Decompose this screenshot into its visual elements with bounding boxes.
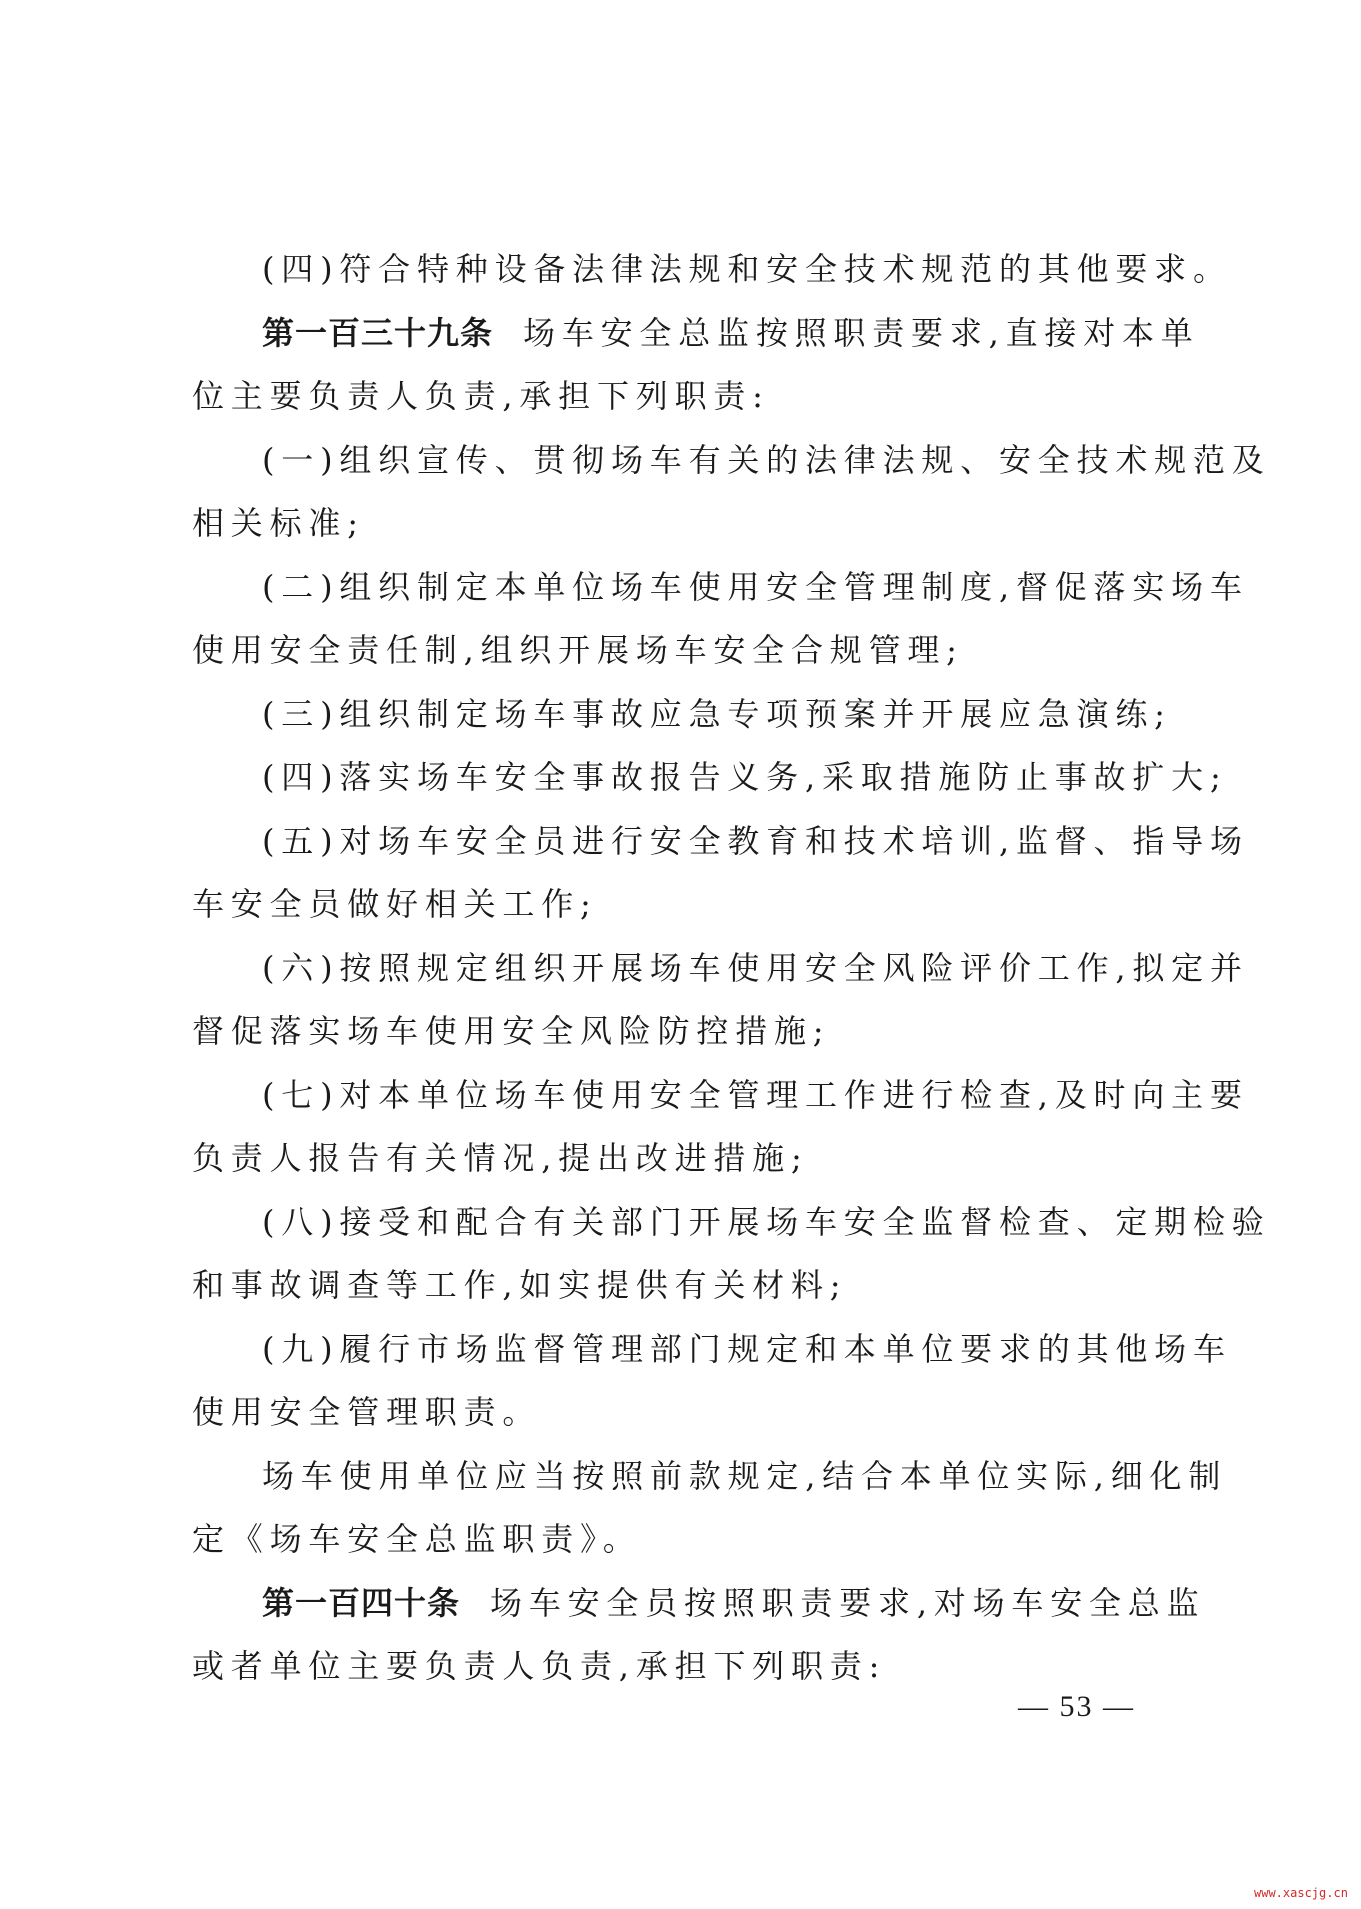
text-line: 车安全员做好相关工作;: [192, 873, 1172, 937]
text-line-item-9: (九)履行市场监督管理部门规定和本单位要求的其他场车: [192, 1318, 1172, 1382]
line-text: 场车使用单位应当按照前款规定,结合本单位实际,细化制: [262, 1457, 1227, 1495]
document-page: (四)符合特种设备法律法规和安全技术规范的其他要求。 第一百三十九条场车安全总监…: [0, 0, 1361, 1909]
line-text: (四)符合特种设备法律法规和安全技术规范的其他要求。: [262, 250, 1232, 288]
line-text: 使用安全管理职责。: [192, 1393, 541, 1431]
text-line: 负责人报告有关情况,提出改进措施;: [192, 1127, 1172, 1191]
line-text: 车安全员做好相关工作;: [192, 885, 598, 923]
text-line: 和事故调查等工作,如实提供有关材料;: [192, 1254, 1172, 1318]
line-text: (五)对场车安全员进行安全教育和技术培训,监督、指导场: [262, 822, 1249, 860]
text-line-clause-4-requirements: (四)符合特种设备法律法规和安全技术规范的其他要求。: [192, 238, 1172, 302]
text-line-item-7: (七)对本单位场车使用安全管理工作进行检查,及时向主要: [192, 1064, 1172, 1128]
article-number: 第一百三十九条: [262, 314, 493, 352]
text-line-paragraph: 场车使用单位应当按照前款规定,结合本单位实际,细化制: [192, 1445, 1172, 1509]
text-line: 定《场车安全总监职责》。: [192, 1508, 1172, 1572]
article-140-heading-line: 第一百四十条场车安全员按照职责要求,对场车安全总监: [192, 1572, 1172, 1636]
text-line: 位主要负责人负责,承担下列职责:: [192, 365, 1172, 429]
line-text: 场车安全员按照职责要求,对场车安全总监: [490, 1584, 1205, 1622]
text-line: 或者单位主要负责人负责,承担下列职责:: [192, 1635, 1172, 1699]
line-text: 相关标准;: [192, 504, 365, 542]
line-text: (七)对本单位场车使用安全管理工作进行检查,及时向主要: [262, 1076, 1249, 1114]
line-text: 督促落实场车使用安全风险防控措施;: [192, 1012, 830, 1050]
text-line-item-3: (三)组织制定场车事故应急专项预案并开展应急演练;: [192, 683, 1172, 747]
line-text: 位主要负责人负责,承担下列职责:: [192, 377, 770, 415]
page-number: — 53 —: [1018, 1690, 1135, 1724]
line-text: (三)组织制定场车事故应急专项预案并开展应急演练;: [262, 695, 1172, 733]
line-text: (一)组织宣传、贯彻场车有关的法律法规、安全技术规范及: [262, 441, 1271, 479]
document-body: (四)符合特种设备法律法规和安全技术规范的其他要求。 第一百三十九条场车安全总监…: [192, 238, 1172, 1699]
article-number: 第一百四十条: [262, 1584, 460, 1622]
line-text: (二)组织制定本单位场车使用安全管理制度,督促落实场车: [262, 568, 1249, 606]
line-text: (六)按照规定组织开展场车使用安全风险评价工作,拟定并: [262, 949, 1249, 987]
text-line: 督促落实场车使用安全风险防控措施;: [192, 1000, 1172, 1064]
line-text: 使用安全责任制,组织开展场车安全合规管理;: [192, 631, 964, 669]
text-line-item-2: (二)组织制定本单位场车使用安全管理制度,督促落实场车: [192, 556, 1172, 620]
text-line-item-5: (五)对场车安全员进行安全教育和技术培训,监督、指导场: [192, 810, 1172, 874]
text-line-item-1: (一)组织宣传、贯彻场车有关的法律法规、安全技术规范及: [192, 429, 1172, 493]
watermark-url: www.xascjg.cn: [1254, 1886, 1348, 1900]
text-line-item-6: (六)按照规定组织开展场车使用安全风险评价工作,拟定并: [192, 937, 1172, 1001]
line-text: 负责人报告有关情况,提出改进措施;: [192, 1139, 809, 1177]
line-text: (四)落实场车安全事故报告义务,采取措施防止事故扩大;: [262, 758, 1228, 796]
line-text: 定《场车安全总监职责》。: [192, 1520, 642, 1558]
line-text: 场车安全总监按照职责要求,直接对本单: [523, 314, 1200, 352]
line-text: (九)履行市场监督管理部门规定和本单位要求的其他场车: [262, 1330, 1232, 1368]
text-line-item-8: (八)接受和配合有关部门开展场车安全监督检查、定期检验: [192, 1191, 1172, 1255]
line-text: 或者单位主要负责人负责,承担下列职责:: [192, 1647, 886, 1685]
article-139-heading-line: 第一百三十九条场车安全总监按照职责要求,直接对本单: [192, 302, 1172, 366]
text-line: 使用安全管理职责。: [192, 1381, 1172, 1445]
line-text: (八)接受和配合有关部门开展场车安全监督检查、定期检验: [262, 1203, 1271, 1241]
text-line: 使用安全责任制,组织开展场车安全合规管理;: [192, 619, 1172, 683]
text-line: 相关标准;: [192, 492, 1172, 556]
line-text: 和事故调查等工作,如实提供有关材料;: [192, 1266, 847, 1304]
text-line-item-4: (四)落实场车安全事故报告义务,采取措施防止事故扩大;: [192, 746, 1172, 810]
